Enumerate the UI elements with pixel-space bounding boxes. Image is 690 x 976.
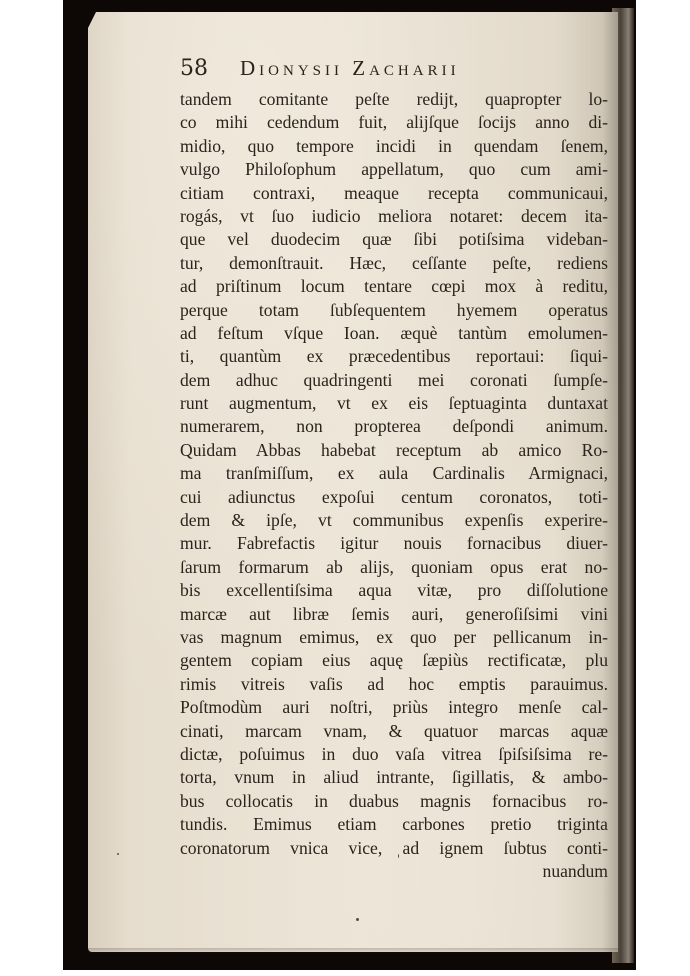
text-line: dictæ, poſuimus in duo vaſa vitrea ſpiſs…: [180, 743, 608, 766]
page-bottom-edge: [88, 948, 618, 954]
body-lines: tandem comitante peſte redijt, quapropte…: [180, 88, 610, 860]
text-line: que vel duodecim quæ ſibi potiſsima vide…: [180, 228, 608, 251]
page-text: 58 Dionysii Zacharii tandem comitante pe…: [180, 56, 610, 883]
text-line: mur. Fabrefactis igitur nouis fornacibus…: [180, 532, 608, 555]
text-line: ad priſtinum locum tentare cœpi mox à re…: [180, 275, 608, 298]
text-line: runt augmentum, vt ex eis ſeptuaginta du…: [180, 392, 608, 415]
text-line: midio, quo tempore incidi in quendam ſen…: [180, 135, 608, 158]
text-line: co mihi cedendum fuit, alijſque ſocijs a…: [180, 111, 608, 134]
text-line: rogás, vt ſuo iudicio meliora notaret: d…: [180, 205, 608, 228]
text-line: torta, vnum in aliud intrante, ſigillati…: [180, 766, 608, 789]
text-line: rimis vitreis vaſis ad hoc emptis paraui…: [180, 673, 608, 696]
text-line: ti, quantùm ex præcedentibus reportaui: …: [180, 345, 608, 368]
page-number: 58: [180, 56, 240, 81]
text-line: cinati, marcam vnam, & quatuor marcas aq…: [180, 720, 608, 743]
paper-speck: [117, 853, 119, 855]
catchword: nuandum: [180, 860, 608, 883]
text-line: marcæ aut libræ ſemis auri, generoſiſsim…: [180, 603, 608, 626]
text-line: ad feſtum vſque Ioan. æquè tantùm emolum…: [180, 322, 608, 345]
text-line: Poſtmodùm auri noſtri, priùs integro men…: [180, 696, 608, 719]
text-line: ma tranſmiſſum, ex aula Cardinalis Armig…: [180, 462, 608, 485]
text-line: perque totam ſubſequentem hyemem operatu…: [180, 299, 608, 322]
text-line: coronatorum vnica vice, ad ignem ſubtus …: [180, 837, 608, 860]
text-line: bis excellentiſsima aqua vitæ, pro diſſo…: [180, 579, 608, 602]
text-line: bus collocatis in duabus magnis fornacib…: [180, 790, 608, 813]
text-line: cui adiunctus expoſui centum coronatos, …: [180, 486, 608, 509]
text-line: tundis. Emimus etiam carbones pretio tri…: [180, 813, 608, 836]
text-line: gentem copiam eius aquę ſæpiùs rectifica…: [180, 649, 608, 672]
text-line: numerarem, non propterea deſpondi animum…: [180, 415, 608, 438]
text-line: vas magnum emimus, ex quo per pellicanum…: [180, 626, 608, 649]
text-line: dem adhuc quadringenti mei coronati ſump…: [180, 369, 608, 392]
text-line: dem & ipſe, vt communibus expenſis exper…: [180, 509, 608, 532]
text-line: tandem comitante peſte redijt, quapropte…: [180, 88, 608, 111]
text-line: citiam contraxi, meaque recepta communic…: [180, 182, 608, 205]
text-line: ſarum formarum ab alijs, quoniam opus er…: [180, 556, 608, 579]
text-line: vulgo Philoſophum appellatum, quo cum am…: [180, 158, 608, 181]
text-line: tur, demonſtrauit. Hæc, ceſſante peſte, …: [180, 252, 608, 275]
running-head: 58 Dionysii Zacharii: [180, 56, 610, 86]
running-title: Dionysii Zacharii: [240, 56, 460, 81]
text-line: Quidam Abbas habebat receptum ab amico R…: [180, 439, 608, 462]
paper-speck: [356, 918, 359, 921]
